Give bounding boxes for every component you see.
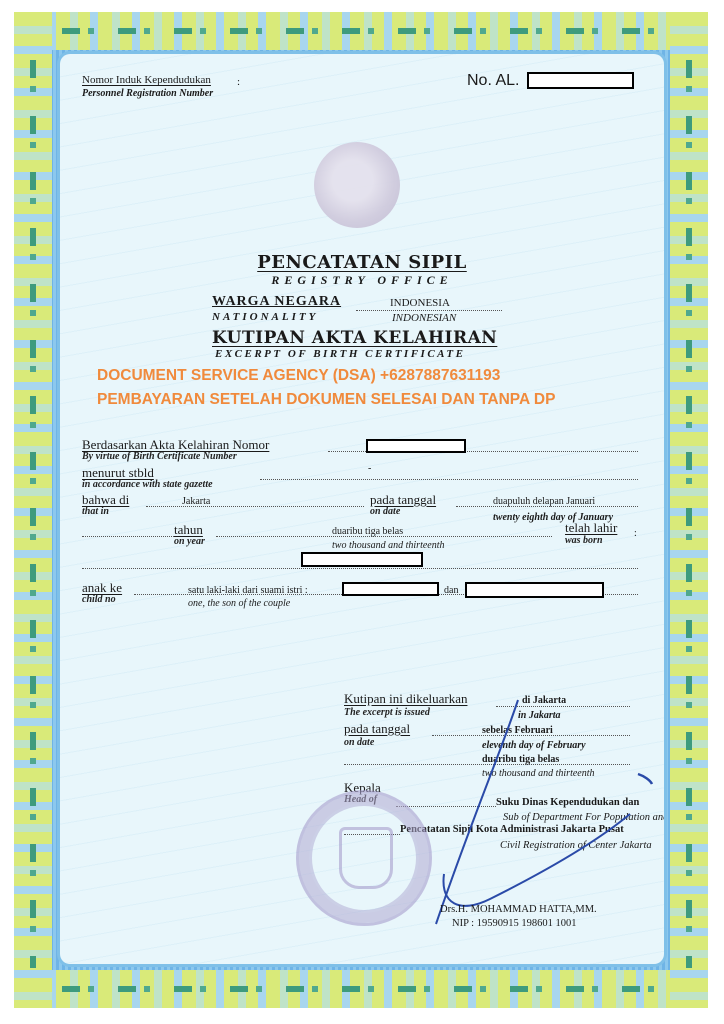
child-order-value-en: one, the son of the couple bbox=[188, 598, 290, 609]
redacted-certificate-number bbox=[527, 72, 634, 89]
birth-cert-number-label-en: By virtue of Birth Certificate Number bbox=[82, 451, 237, 462]
birth-place-dotline bbox=[146, 506, 364, 507]
redacted-birth-cert-number bbox=[366, 439, 466, 453]
year-prefix-dotline bbox=[82, 536, 174, 537]
child-order-label-en: child no bbox=[82, 594, 116, 605]
office-title: PENCATATAN SIPIL bbox=[60, 252, 664, 273]
birth-year-label-en: on year bbox=[174, 536, 205, 547]
nationality-dotline bbox=[356, 310, 502, 311]
certificate-number-label: No. AL. bbox=[467, 72, 519, 90]
nationality-value-en: INDONESIAN bbox=[392, 312, 456, 324]
border-ornament-top bbox=[54, 28, 668, 34]
certificate-paper: Nomor Induk Kependudukan : Personnel Reg… bbox=[60, 54, 664, 964]
signer-name: Drs.H. MOHAMMAD HATTA,MM. bbox=[440, 904, 597, 915]
signer-nip: NIP : 19590915 198601 1001 bbox=[452, 918, 576, 929]
promo-payment-line: PEMBAYARAN SETELAH DOKUMEN SELESAI DAN T… bbox=[97, 391, 555, 409]
border-ornament-left bbox=[30, 52, 36, 968]
stamp-shield-icon bbox=[339, 827, 393, 889]
stbld-value: - bbox=[368, 463, 371, 474]
birth-place-label-en: that in bbox=[82, 506, 109, 517]
born-colon: : bbox=[634, 528, 637, 539]
document-title-en: EXCERPT OF BIRTH CERTIFICATE bbox=[215, 348, 465, 360]
nationality-label: WARGA NEGARA bbox=[212, 294, 341, 310]
document-title: KUTIPAN AKTA KELAHIRAN bbox=[212, 328, 497, 348]
child-order-value: satu laki-laki dari suami istri : bbox=[188, 585, 308, 596]
stbld-dotline bbox=[260, 479, 638, 480]
birth-date-label-en: on date bbox=[370, 506, 400, 517]
garuda-seal-icon bbox=[314, 142, 400, 228]
birth-place-value: Jakarta bbox=[182, 496, 210, 507]
born-label-en: was born bbox=[565, 535, 603, 546]
nationality-label-en: NATIONALITY bbox=[212, 311, 318, 323]
border-ornament-bottom bbox=[54, 986, 668, 992]
born-label: telah lahir bbox=[565, 520, 617, 536]
signature-icon bbox=[400, 694, 660, 934]
promo-agency-line: DOCUMENT SERVICE AGENCY (DSA) +628788763… bbox=[97, 367, 500, 385]
stbld-label-en: in accordance with state gazette bbox=[82, 479, 213, 490]
id-number-label: Nomor Induk Kependudukan bbox=[82, 74, 211, 86]
office-title-en: REGISTRY OFFICE bbox=[60, 273, 664, 288]
redacted-father-name bbox=[342, 582, 439, 596]
border-ornament-right bbox=[686, 52, 692, 968]
child-name-dotline bbox=[82, 568, 638, 569]
issue-date-label-en: on date bbox=[344, 737, 374, 748]
nationality-value: INDONESIA bbox=[390, 297, 450, 309]
id-number-label-en: Personnel Registration Number bbox=[82, 88, 213, 99]
redacted-child-name bbox=[301, 552, 423, 567]
office-title-block: PENCATATAN SIPIL REGISTRY OFFICE bbox=[60, 252, 664, 288]
birth-year-value: duaribu tiga belas bbox=[332, 526, 403, 537]
birth-date-value: duapuluh delapan Januari bbox=[493, 496, 595, 507]
parents-and: dan bbox=[444, 585, 458, 596]
id-number-colon: : bbox=[237, 76, 240, 88]
redacted-mother-name bbox=[465, 582, 604, 598]
birth-year-value-en: two thousand and thirteenth bbox=[332, 540, 445, 551]
